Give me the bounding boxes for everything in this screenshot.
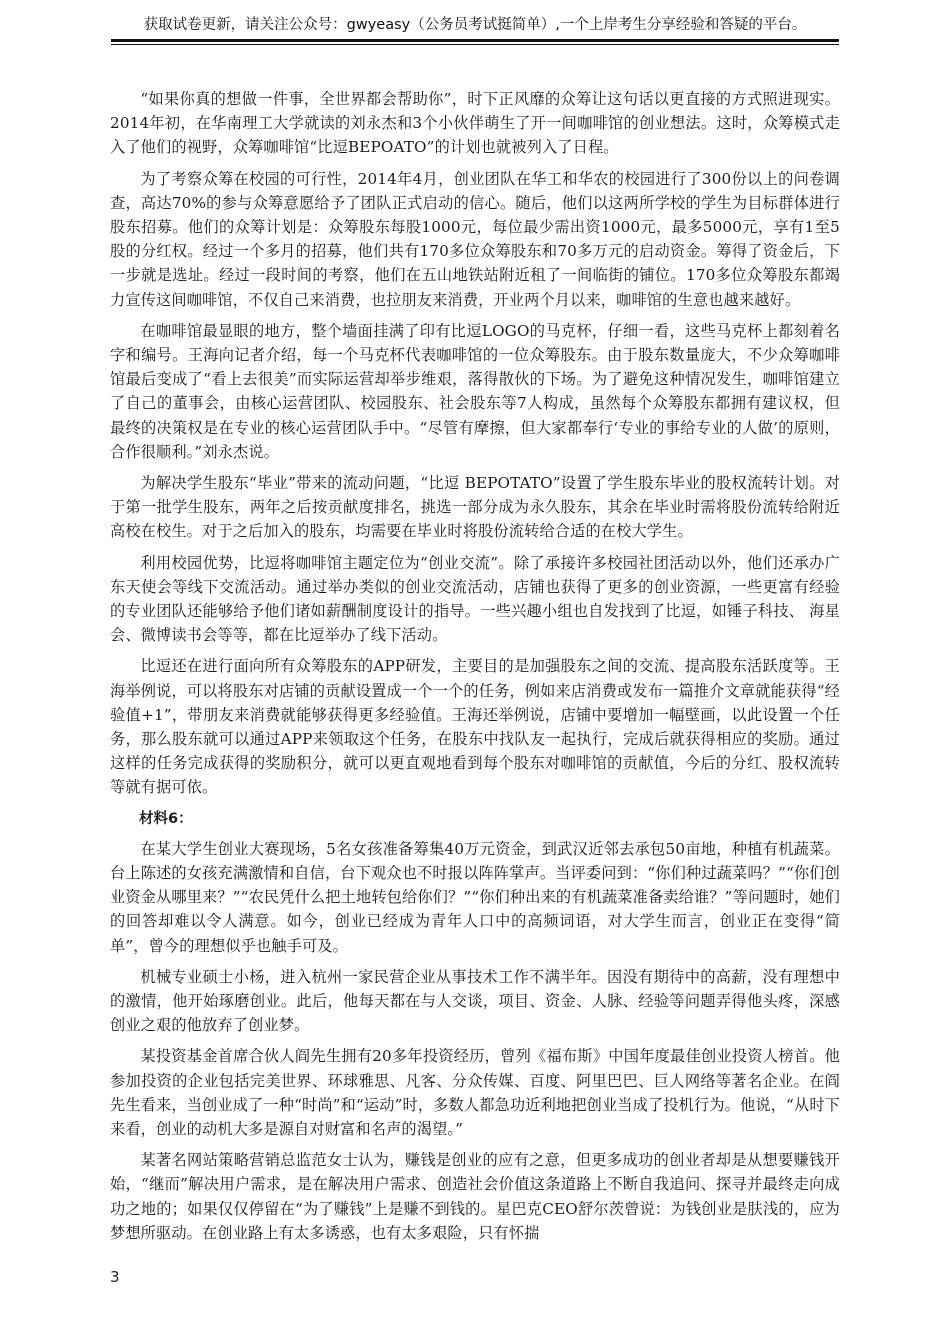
paragraph: 比逗还在进行面向所有众筹股东的APP研发，主要目的是加强股东之间的交流、提高股东… bbox=[110, 654, 840, 799]
page-number: 3 bbox=[110, 1268, 120, 1286]
paragraph: 在咖啡馆最显眼的地方，整个墙面挂满了印有比逗LOGO的马克杯，仔细一看，这些马克… bbox=[110, 319, 840, 464]
header-divider bbox=[111, 39, 839, 45]
section-heading-material-6: 材料6： bbox=[110, 807, 840, 831]
header-notice: 获取试卷更新，请关注公众号：gwyeasy（公务员考试挺简单）,一个上岸考生分享… bbox=[111, 14, 839, 36]
page-header: 获取试卷更新，请关注公众号：gwyeasy（公务员考试挺简单）,一个上岸考生分享… bbox=[111, 14, 839, 45]
paragraph: 在某大学生创业大赛现场，5名女孩准备筹集40万元资金，到武汉近邻去承包50亩地，… bbox=[110, 837, 840, 958]
paragraph: 机械专业硕士小杨，进入杭州一家民营企业从事技术工作不满半年。因没有期待中的高薪，… bbox=[110, 965, 840, 1038]
paragraph: “如果你真的想做一件事，全世界都会帮助你”，时下正风靡的众筹让这句话以更直接的方… bbox=[110, 87, 840, 160]
paragraph: 为解决学生股东“毕业”带来的流动问题，“比逗 BEPOTATO”设置了学生股东毕… bbox=[110, 471, 840, 544]
paragraph: 某投资基金首席合伙人阎先生拥有20多年投资经历，曾列《福布斯》中国年度最佳创业投… bbox=[110, 1044, 840, 1141]
paragraph: 利用校园优势，比逗将咖啡馆主题定位为“创业交流”。除了承接许多校园社团活动以外，… bbox=[110, 551, 840, 648]
document-body: “如果你真的想做一件事，全世界都会帮助你”，时下正风靡的众筹让这句话以更直接的方… bbox=[110, 87, 840, 1252]
paragraph: 某著名网站策略营销总监范女士认为，赚钱是创业的应有之意，但更多成功的创业者却是从… bbox=[110, 1148, 840, 1245]
paragraph: 为了考察众筹在校园的可行性，2014年4月，创业团队在华工和华农的校园进行了30… bbox=[110, 167, 840, 312]
